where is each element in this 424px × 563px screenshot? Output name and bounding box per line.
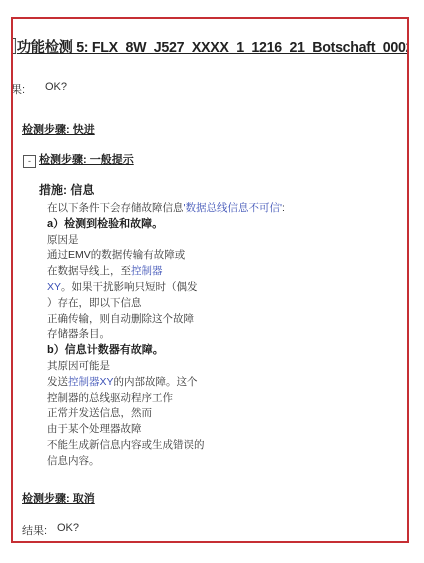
body-line: 在数据导线上，至控制器 bbox=[47, 264, 285, 280]
step-fast-forward[interactable]: 检测步骤: 快进 bbox=[22, 121, 95, 137]
case-b-title: b）信息计数器有故障。 bbox=[47, 343, 285, 359]
step-general-hint[interactable]: -检测步骤: 一般提示 bbox=[23, 151, 134, 168]
body-text: 在数据导线上，至 bbox=[47, 265, 131, 277]
body-line: 原因是 bbox=[47, 233, 285, 249]
measure-body: 在以下条件下会存储故障信息'数据总线信息不可信': a）检测到检验和故障。 原因… bbox=[47, 201, 285, 470]
body-line: 通过EMV的数据传输有故障或 bbox=[47, 248, 285, 264]
body-line: 发送控制器XY的内部故障。这个 bbox=[47, 375, 285, 391]
body-line: 不能生成新信息内容或生成错误的 bbox=[47, 438, 285, 454]
body-line: 信息内容。 bbox=[47, 454, 285, 470]
intro-colon: : bbox=[282, 202, 285, 214]
title-text: 功能检测 5: FLX_8W_J527_XXXX_1_1216_21_Botsc… bbox=[17, 40, 409, 56]
body-line: 存储器条目。 bbox=[47, 327, 285, 343]
bottom-result-row: 结果: OK? bbox=[22, 522, 142, 538]
result-label: 果: bbox=[11, 84, 25, 96]
body-line: 由于某个处理器故障 bbox=[47, 422, 285, 438]
body-line: XY。如果干扰影响只短时（偶发 bbox=[47, 280, 285, 296]
body-text: 的内部故障。这个 bbox=[114, 376, 198, 388]
measure-heading: 措施: 信息 bbox=[39, 181, 94, 198]
intro-text: 在以下条件下会存储故障信息 bbox=[47, 202, 184, 214]
result-value: OK? bbox=[45, 81, 67, 93]
case-a-title: a）检测到检验和故障。 bbox=[47, 217, 285, 233]
bracket-marker-icon bbox=[11, 38, 16, 54]
top-result-row: 果: OK? bbox=[11, 81, 131, 97]
result-label: 结果: bbox=[22, 525, 47, 537]
collapse-toggle-icon[interactable]: - bbox=[23, 155, 36, 168]
link-controller-xy[interactable]: XY bbox=[47, 281, 61, 293]
step-cancel[interactable]: 检测步骤: 取消 bbox=[22, 490, 95, 506]
link-sending-controller[interactable]: 控制器XY bbox=[68, 376, 114, 388]
intro-line: 在以下条件下会存储故障信息'数据总线信息不可信': bbox=[47, 201, 285, 217]
document-frame: 功能检测 5: FLX_8W_J527_XXXX_1_1216_21_Botsc… bbox=[11, 17, 409, 543]
measure-label: 措施: 信息 bbox=[39, 183, 94, 197]
link-controller[interactable]: 控制器 bbox=[131, 265, 163, 277]
step-label: 检测步骤: 一般提示 bbox=[39, 154, 134, 166]
step-label: 检测步骤: 取消 bbox=[22, 493, 95, 505]
link-bus-message[interactable]: '数据总线信息不可信' bbox=[184, 202, 283, 214]
body-line: 正确传输，则自动删除这个故障 bbox=[47, 312, 285, 328]
body-text: 发送 bbox=[47, 376, 68, 388]
body-text: 。如果干扰影响只短时（偶发 bbox=[61, 281, 198, 293]
body-line: 其原因可能是 bbox=[47, 359, 285, 375]
body-line: ）存在，即以下信息 bbox=[47, 296, 285, 312]
result-value: OK? bbox=[57, 522, 79, 534]
body-line: 正常并发送信息，然而 bbox=[47, 406, 285, 422]
step-label: 检测步骤: 快进 bbox=[22, 124, 95, 136]
page-title: 功能检测 5: FLX_8W_J527_XXXX_1_1216_21_Botsc… bbox=[11, 36, 409, 57]
body-line: 控制器的总线驱动程序工作 bbox=[47, 391, 285, 407]
